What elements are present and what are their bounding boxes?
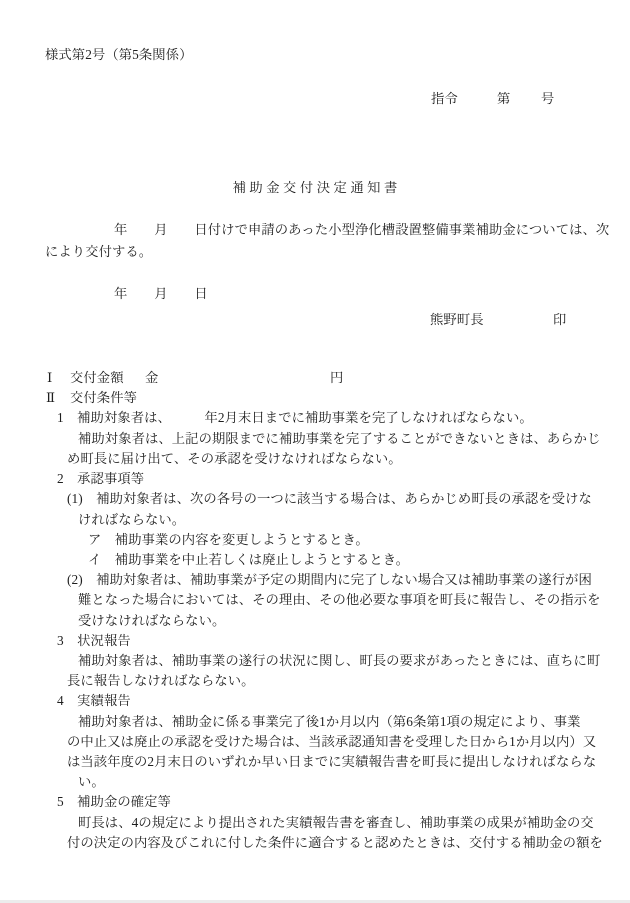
condition-item-2-sub-2-line-1: (2) 補助対象者は、補助事業が予定の期間内に完了しない場合又は補助事業の遂行が… [67,572,592,587]
condition-item-1-line-1: 1 補助対象者は、 年2月末日までに補助事業を完了しなければならない。 [57,410,533,425]
condition-item-4-line-3: は当該年度の2月末日のいずれか早い日までに実績報告書を町長に提出しなければならな [67,754,596,769]
condition-item-3-line-2: 長に報告しなければならない。 [67,673,255,688]
condition-item-4-line-1: 補助対象者は、補助金に係る事業完了後1か月以内（第6条第1項の規定により、事業 [78,714,581,729]
seal-mark: 印 [553,312,566,327]
date-line: 年 月 日 [114,286,208,301]
directive-number-prefix: 第 [497,91,510,106]
intro-line-2: により交付する。 [45,244,152,259]
condition-item-2-sub-1-line-1: (1) 補助対象者は、次の各号の一つに該当する場合は、あらかじめ町長の承認を受け… [67,491,592,506]
section-2-heading: 交付条件等 [70,390,137,405]
condition-item-2-heading: 2 承認事項等 [57,471,144,486]
condition-item-4-line-2: の中止又は廃止の承認を受けた場合は、当該承認通知書を受理した日から1か月以内）又 [67,734,596,749]
condition-item-4-line-4: い。 [78,774,105,789]
condition-item-4-heading: 4 実績報告 [57,693,131,708]
condition-item-2-option-b: イ 補助事業を中止若しくは廃止しようとするとき。 [88,552,409,567]
document-page: 様式第2号（第5条関係） 指令 第 号 補 助 金 交 付 決 定 通 知 書 … [0,0,630,903]
directive-label: 指令 [431,91,458,106]
signer-name: 熊野町長 [430,312,484,327]
intro-line-1: 年 月 日付けで申請のあった小型浄化槽設置整備事業補助金については、次 [114,222,609,237]
directive-number-suffix: 号 [541,91,554,106]
document-title: 補 助 金 交 付 決 定 通 知 書 [0,180,630,195]
condition-item-1-line-2: 補助対象者は、上記の期限までに補助事業を完了することができないときは、あらかじ [78,431,600,446]
condition-item-5-line-2: 付の決定の内容及びこれに付した条件に適合すると認めたときは、交付する補助金の額を [67,835,603,850]
condition-item-1-line-3: め町長に届け出て、その承認を受けなければならない。 [67,451,402,466]
condition-item-3-line-1: 補助対象者は、補助事業の遂行の状況に関し、町長の要求があったときには、直ちに町 [78,653,600,668]
amount-currency-label: 金 [145,370,158,385]
condition-item-2-option-a: ア 補助事業の内容を変更しようとするとき。 [88,532,369,547]
condition-item-2-sub-2-line-3: 受けなければならない。 [78,613,225,628]
condition-item-2-sub-2-line-2: 難となった場合においては、その理由、その他必要な事項を町長に報告し、その指示を [78,592,600,607]
condition-item-5-line-1: 町長は、4の規定により提出された実績報告書を審査し、補助事業の成果が補助金の交 [78,815,594,830]
section-1-heading: 交付金額 [70,370,124,385]
form-number: 様式第2号（第5条関係） [45,47,192,62]
condition-item-3-heading: 3 状況報告 [57,633,131,648]
amount-unit-label: 円 [330,370,343,385]
section-1-numeral: Ⅰ [47,370,52,385]
section-2-numeral: Ⅱ [46,390,55,405]
condition-item-5-heading: 5 補助金の確定等 [57,794,171,809]
condition-item-2-sub-1-line-2: ければならない。 [78,512,185,527]
